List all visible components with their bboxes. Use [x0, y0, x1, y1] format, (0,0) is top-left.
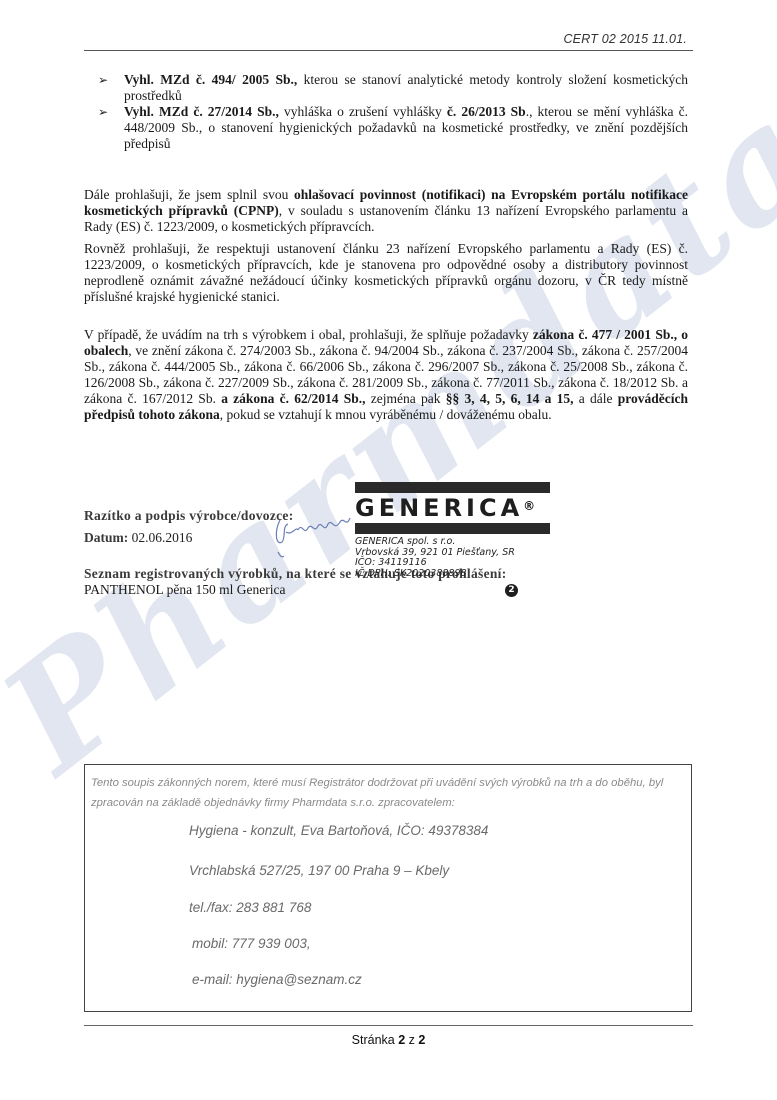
- processor-email: e-mail: hygiena@seznam.cz: [192, 972, 362, 987]
- page-label: Stránka: [352, 1033, 395, 1047]
- product-name: PANTHENOL pěna 150 ml Generica: [84, 582, 285, 598]
- stamp-bar-bottom: [355, 523, 550, 534]
- date-line: Datum: 02.06.2016: [84, 530, 192, 546]
- stamp-dic: IČ DPH: SK2020388898: [355, 569, 555, 580]
- info-intro: Tento soupis zákonných norem, které musí…: [91, 773, 687, 813]
- paragraph-text: a dále: [574, 391, 618, 406]
- regulation-ref: č. 26/2013 Sb: [447, 104, 526, 119]
- list-item: ➢ Vyhl. MZd č. 494/ 2005 Sb., kterou se …: [98, 72, 688, 104]
- page-header: CERT 02 2015 11.01.: [84, 28, 693, 51]
- regulation-text: vyhláška o zrušení vyhlášky: [279, 104, 447, 119]
- watermark-text: Pharmdata: [0, 64, 777, 806]
- handwritten-signature: [268, 512, 358, 562]
- watermark: Pharmdata: [40, 420, 740, 800]
- page-number: Stránka 2 z 2: [0, 1033, 777, 1047]
- regulation-list: ➢ Vyhl. MZd č. 494/ 2005 Sb., kterou se …: [98, 72, 688, 152]
- current-page: 2: [398, 1033, 405, 1047]
- regulation-title: Vyhl. MZd č. 27/2014 Sb.,: [124, 104, 279, 119]
- paragraph-text: Dále prohlašuji, že jsem splnil svou: [84, 187, 294, 202]
- stamp-ico: IČO: 34119116: [355, 558, 555, 569]
- paragraph-text: , pokud se vztahují k mnou vyráběnému / …: [220, 407, 552, 422]
- notification-paragraph: Dále prohlašuji, že jsem splnil svou ohl…: [84, 187, 688, 235]
- processor-mobile: mobil: 777 939 003,: [192, 936, 311, 951]
- info-box: Tento soupis zákonných norem, které musí…: [84, 764, 692, 1012]
- paragraph-text: zejména pak: [366, 391, 446, 406]
- arrow-bullet-icon: ➢: [98, 72, 108, 88]
- stamp-company: GENERICA spol. s r.o.: [355, 537, 555, 548]
- paragraph-bold: §§ 3, 4, 5, 6, 14 a 15,: [446, 391, 574, 406]
- footer-divider: [84, 1025, 693, 1026]
- stamp-label: Razítko a podpis výrobce/dovozce:: [84, 508, 294, 523]
- stamp-address: GENERICA spol. s r.o. Vrbovská 39, 921 0…: [355, 537, 555, 579]
- article23-paragraph: Rovněž prohlašuji, že respektuji ustanov…: [84, 241, 688, 305]
- arrow-bullet-icon: ➢: [98, 104, 108, 120]
- total-pages: 2: [418, 1033, 425, 1047]
- processor-address: Vrchlabská 527/25, 197 00 Praha 9 – Kbel…: [189, 863, 449, 878]
- paragraph-text: V případě, že uvádím na trh s výrobkem i…: [84, 327, 533, 342]
- stamp-number-badge: 2: [505, 584, 518, 597]
- date-label: Datum:: [84, 530, 128, 545]
- date-value: 02.06.2016: [132, 530, 193, 545]
- processor-phone: tel./fax: 283 881 768: [189, 900, 311, 915]
- stamp-bar-top: [355, 482, 550, 493]
- company-stamp: GENERICA® GENERICA spol. s r.o. Vrbovská…: [355, 482, 555, 579]
- processor-name: Hygiena - konzult, Eva Bartoňová, IČO: 4…: [189, 823, 488, 838]
- company-logo: GENERICA®: [355, 493, 555, 523]
- list-item: ➢ Vyhl. MZd č. 27/2014 Sb., vyhláška o z…: [98, 104, 688, 152]
- paragraph-bold: a zákona č. 62/2014 Sb.,: [221, 391, 365, 406]
- logo-text: GENERICA: [355, 494, 523, 522]
- page-separator: z: [409, 1033, 415, 1047]
- registered-mark: ®: [523, 499, 535, 513]
- stamp-signature-label: Razítko a podpis výrobce/dovozce:: [84, 507, 294, 525]
- document-code: CERT 02 2015 11.01.: [563, 32, 687, 46]
- packaging-paragraph: V případě, že uvádím na trh s výrobkem i…: [84, 327, 688, 423]
- regulation-title: Vyhl. MZd č. 494/ 2005 Sb.,: [124, 72, 297, 87]
